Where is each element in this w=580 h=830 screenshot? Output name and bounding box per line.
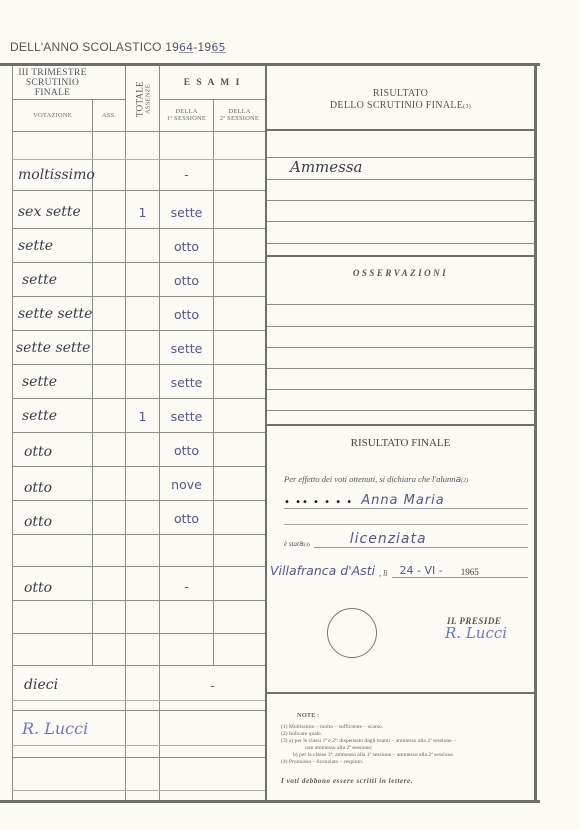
stato-note: (4) <box>304 543 310 548</box>
intro-note: (2) <box>461 478 468 484</box>
scrutinio-line <box>267 200 534 201</box>
notes-divider <box>267 692 534 694</box>
row-line <box>12 700 265 701</box>
official-stamp-circle <box>327 608 377 658</box>
date-separator: , lì <box>379 569 387 578</box>
place: Villafranca d'Asti <box>270 563 375 578</box>
header-sess2-della: DELLA <box>228 108 250 115</box>
osservazioni-line <box>267 326 534 327</box>
row-line <box>12 710 265 711</box>
frame-middle <box>265 66 267 800</box>
votazione-cell: sette sette <box>18 298 92 330</box>
row-line <box>12 296 265 297</box>
scrutinio-line <box>267 243 534 244</box>
header-sess2: DELLA 2ª SESSIONE <box>214 100 265 130</box>
row-line <box>12 398 265 399</box>
col-line-ass <box>92 100 93 665</box>
esami-cell: - <box>160 670 265 700</box>
votazione-cell: otto <box>24 572 92 604</box>
frame-left <box>12 66 13 800</box>
osservazioni-line <box>267 389 534 390</box>
sess1-cell: otto <box>160 230 213 262</box>
header-totale-assenze: TOTALE ASSENZE <box>126 68 159 130</box>
votazione-cell: otto <box>24 506 92 538</box>
frame-bottom <box>0 800 540 803</box>
sess1-cell: otto <box>160 502 213 534</box>
preside-signature: R. Lucci <box>445 624 507 642</box>
sess1-cell: otto <box>160 298 213 330</box>
note-item: non ammesso alla 2ª sessione; <box>281 745 531 752</box>
note-ref: (3) <box>463 104 471 110</box>
row-line <box>12 190 265 191</box>
header-sess1-label: 1ª SESSIONE <box>167 115 206 122</box>
row-line <box>12 745 265 746</box>
student-name-line: • •• • • • • Anna Maria <box>284 490 528 509</box>
row-line <box>12 757 265 758</box>
totale-cell: 1 <box>126 400 159 432</box>
header-sess1-della: DELLA <box>175 108 197 115</box>
note-item: (2) Indicare quale. <box>281 731 531 738</box>
scrutinio-result: Ammessa <box>290 158 363 176</box>
col-line-sess2 <box>213 100 214 665</box>
osservazioni-line <box>267 410 534 411</box>
header-sess1: DELLA 1ª SESSIONE <box>160 100 213 130</box>
row-line <box>12 665 265 666</box>
totale-cell: 1 <box>126 196 159 228</box>
row-line <box>12 228 265 229</box>
note-item: (1) Moltissimo – molto – sufficiente – s… <box>281 724 531 731</box>
osservazioni-divider <box>267 255 534 257</box>
scrutinio-title-line2: DELLO SCRUTINIO FINALE(3) <box>330 100 471 113</box>
notes-list: (1) Moltissimo – molto – sufficiente – s… <box>281 724 531 766</box>
date: 24 - VI - <box>392 564 451 578</box>
votazione-cell: otto <box>24 436 92 468</box>
redaction-dots: • •• • • • • <box>284 497 353 508</box>
votazione-cell: sette sette <box>16 332 92 364</box>
note-item: (3) a) per le classi 1ª e 2ª: dispensato… <box>281 738 531 745</box>
sess1-cell: sette <box>160 366 213 398</box>
notes-title: NOTE : <box>297 712 319 719</box>
risultato-intro: Per effetto dei voti ottenuti, si dichia… <box>284 474 468 485</box>
row-line <box>12 790 265 791</box>
blank-line <box>284 524 528 525</box>
frame-top <box>0 63 540 66</box>
teacher-signature: R. Lucci <box>22 712 125 744</box>
votazione-cell: sette <box>22 366 92 398</box>
notes-footer: I voti debbono essere scritti in lettere… <box>281 777 413 785</box>
col-line-totale <box>125 66 126 800</box>
sess1-cell: otto <box>160 264 213 296</box>
note-item: (4) Promosso – licenziato – respinto. <box>281 759 531 766</box>
frame-right <box>534 66 537 800</box>
risultato-finale-title: RISULTATO FINALE <box>267 434 534 452</box>
row-line <box>12 566 265 567</box>
year-separator: -19 <box>193 40 211 54</box>
school-year-line: DELL'ANNO SCOLASTICO 1964-1965 <box>10 40 226 54</box>
header-trimestre-line2: SCRUTINIO FINALE <box>13 78 92 98</box>
scrutinio-divider <box>267 129 534 131</box>
sess1-cell: sette <box>160 332 213 364</box>
row-line <box>12 330 265 331</box>
votazione-cell: otto <box>24 472 92 504</box>
votazione-cell: dieci <box>24 670 124 700</box>
school-year-label: DELL'ANNO SCOLASTICO 19 <box>10 40 179 54</box>
scrutinio-title-text: DELLO SCRUTINIO FINALE <box>330 100 463 111</box>
votazione-cell: moltissimo <box>18 159 92 190</box>
stato-line: è stata(4) licenziata <box>284 530 528 548</box>
row-line <box>12 432 265 433</box>
header-sess2-label: 2ª SESSIONE <box>220 115 259 122</box>
header-assenze: ASSENZE <box>144 81 151 117</box>
header-esami: E S A M I <box>160 68 265 98</box>
header-trimestre: III TRIMESTRE SCRUTINIO FINALE <box>13 68 92 98</box>
sess1-cell: otto <box>160 434 213 466</box>
risultato-divider <box>267 424 534 426</box>
votazione-cell: sette <box>22 400 92 432</box>
place-date-line: Villafranca d'Asti , lì 24 - VI - 1965 <box>270 560 528 578</box>
votazione-cell: sette <box>18 230 92 262</box>
row-line <box>12 633 265 634</box>
sess1-cell: - <box>160 570 213 602</box>
sess1-cell: sette <box>160 196 213 228</box>
year: 1965 <box>451 567 528 578</box>
sess1-cell: nove <box>160 468 213 500</box>
header-votazione: VOTAZIONE <box>13 100 92 130</box>
osservazioni-title: OSSERVAZIONI <box>267 262 534 284</box>
votazione-cell: sette <box>22 264 92 296</box>
header-totale: TOTALE <box>134 81 144 117</box>
header-bottom <box>12 131 265 132</box>
osservazioni-line <box>267 368 534 369</box>
osservazioni-line <box>267 347 534 348</box>
final-result: licenziata <box>314 531 528 548</box>
votazione-cell: sex sette <box>18 196 92 228</box>
student-name: Anna Maria <box>361 493 445 508</box>
row-line <box>12 262 265 263</box>
note-item: b) per la classe 3ª: ammesso alla 1ª ses… <box>281 752 531 759</box>
risultato-intro-text: Per effetto dei voti ottenuti, si dichia… <box>284 474 456 484</box>
osservazioni-line <box>267 304 534 305</box>
row-line <box>12 364 265 365</box>
sess1-cell: - <box>160 159 213 190</box>
scrutinio-title-line1: RISULTATO <box>373 88 428 100</box>
year-start-hand: 64 <box>179 41 193 54</box>
scrutinio-line <box>267 221 534 222</box>
year-end-hand: 65 <box>211 41 225 54</box>
scrutinio-title: RISULTATO DELLO SCRUTINIO FINALE(3) <box>267 80 534 120</box>
stato-label: è stat <box>284 540 299 548</box>
header-trimestre-line1: III TRIMESTRE <box>18 68 86 78</box>
scrutinio-line <box>267 179 534 180</box>
header-ass: ASS. <box>93 100 125 130</box>
sess1-cell: sette <box>160 400 213 432</box>
